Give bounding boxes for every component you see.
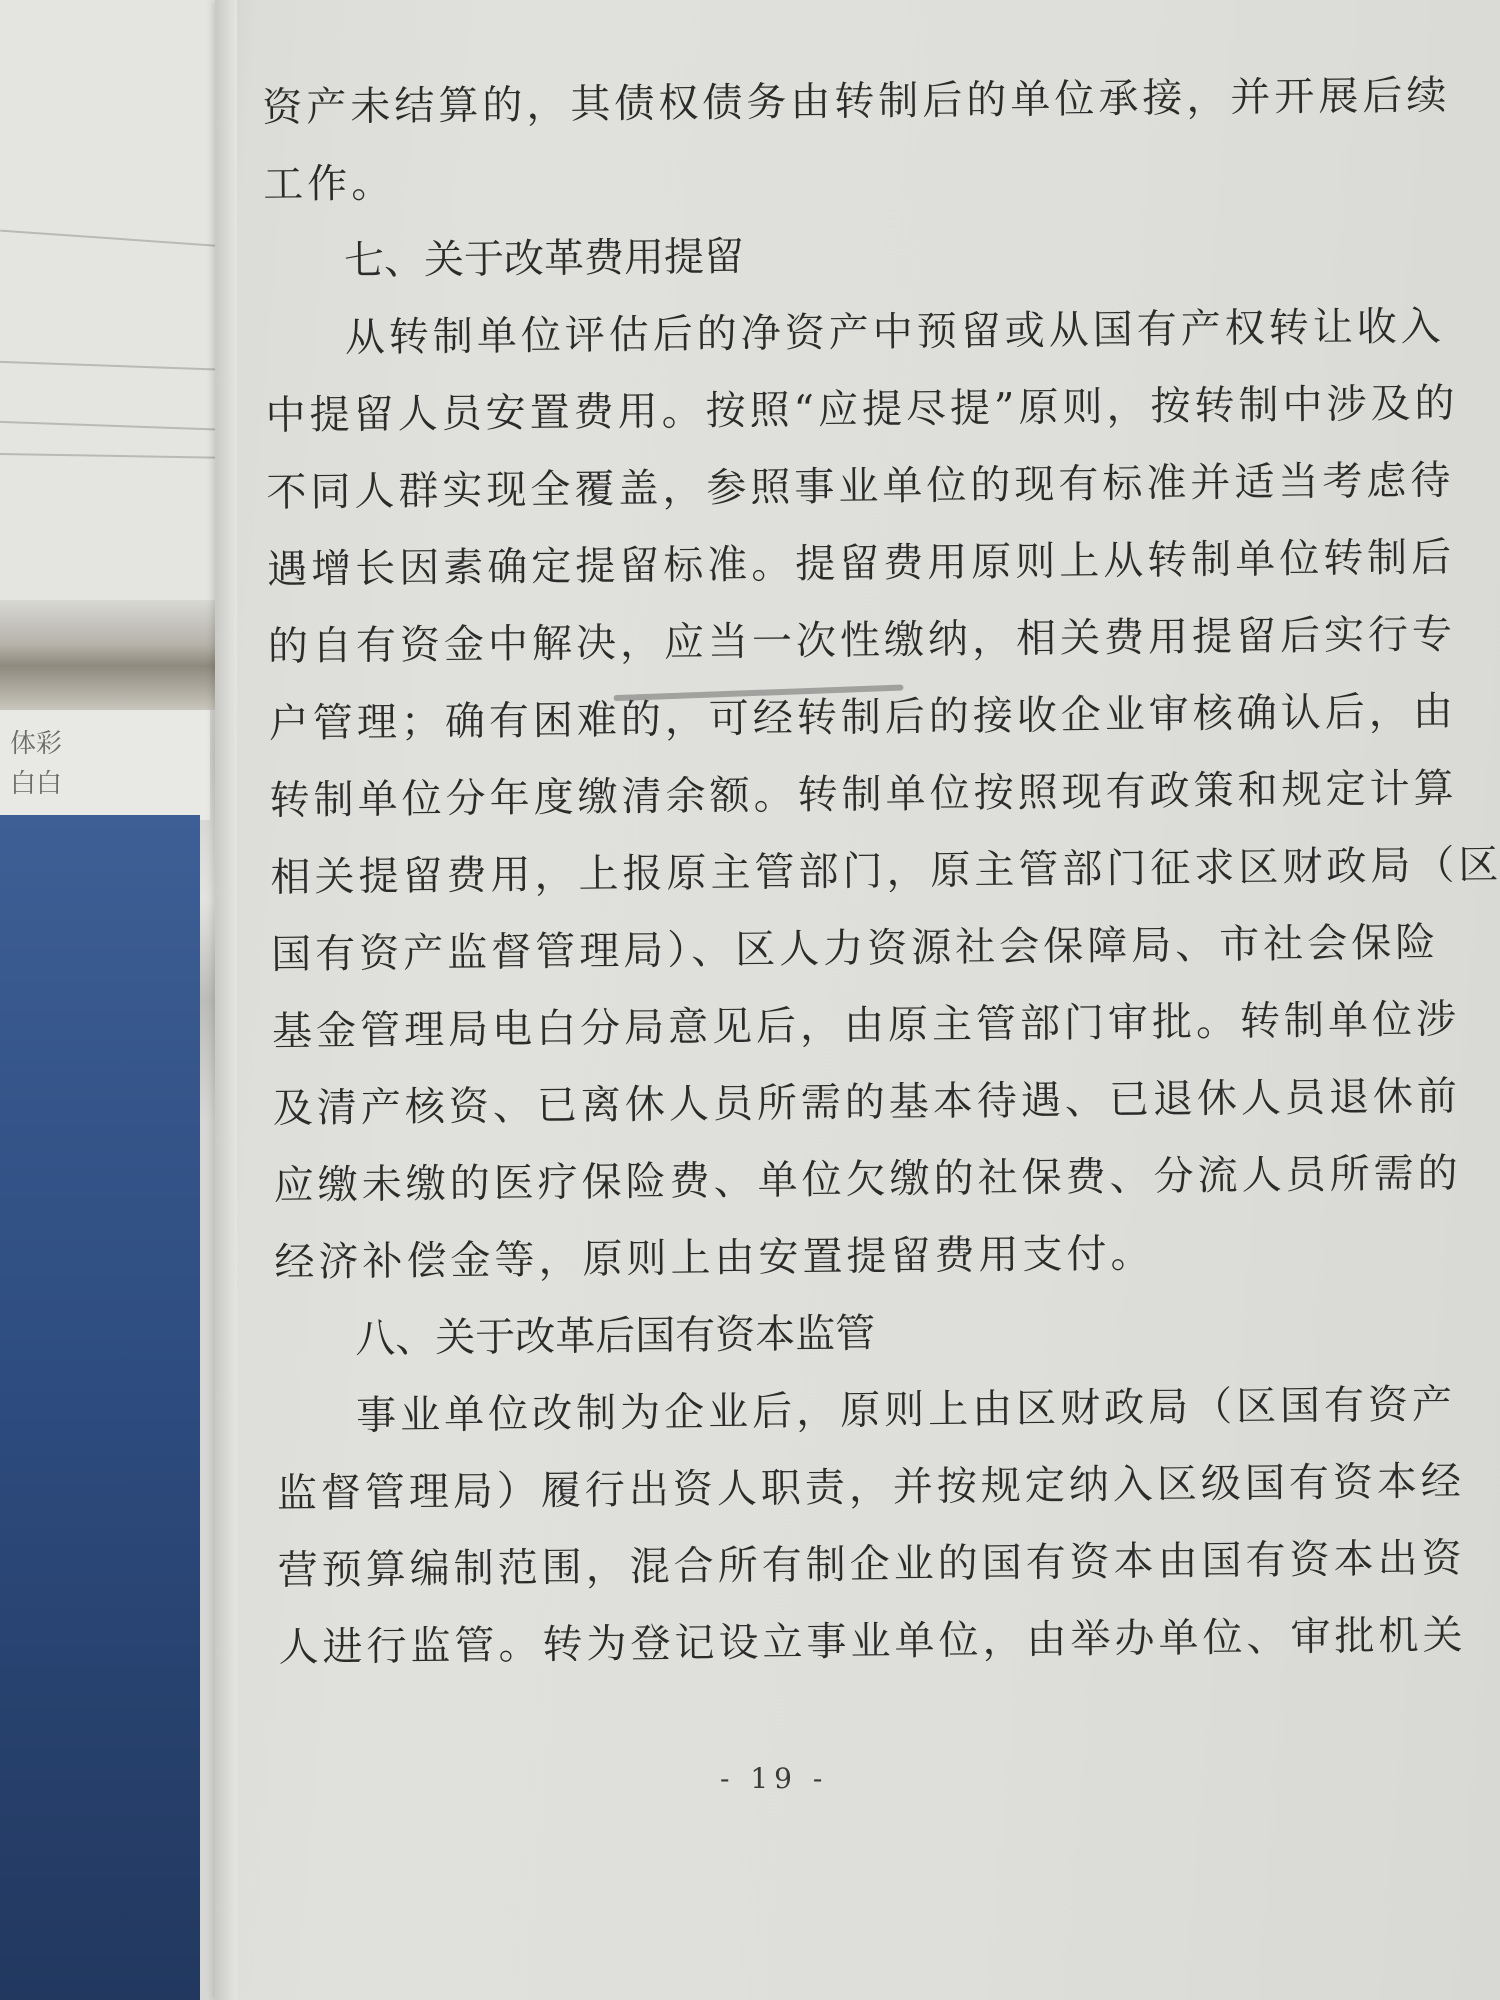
paragraph-line: 遇增长因素确定提留标准。提留费用原则上从转制单位转制后 bbox=[267, 521, 1358, 609]
paragraph-line: 基金管理局电白分局意见后，由原主管部门审批。转制单位涉 bbox=[272, 983, 1363, 1071]
background-paper-stack bbox=[0, 0, 235, 640]
paragraph-line: 转制单位分年度缴清余额。转制单位按照现有政策和规定计算 bbox=[269, 752, 1360, 840]
background-label: 体彩 白白 bbox=[0, 710, 210, 820]
paragraph-line: 人进行监管。转为登记设立事业单位，由举办单位、审批机关 bbox=[278, 1599, 1369, 1687]
paragraph-line: 工作。 bbox=[263, 136, 1354, 224]
paragraph-line: 及清产核资、已离休人员所需的基本待遇、已退休人员退休前 bbox=[272, 1060, 1363, 1148]
paragraph-line: 从转制单位评估后的净资产中预留或从国有产权转让收入 bbox=[264, 290, 1355, 378]
paragraph-line: 相关提留费用，上报原主管部门，原主管部门征求区财政局（区 bbox=[270, 829, 1361, 917]
background-label-text: 体彩 bbox=[10, 724, 210, 764]
paragraph-line: 经济补偿金等，原则上由安置提留费用支付。 bbox=[274, 1214, 1365, 1302]
background-blue-object bbox=[0, 815, 200, 2000]
paragraph-line: 事业单位改制为企业后，原则上由区财政局（区国有资产 bbox=[276, 1368, 1367, 1456]
paragraph-line: 营预算编制范围，混合所有制企业的国有资本由国有资本出资 bbox=[277, 1522, 1368, 1610]
background-metal-object bbox=[0, 600, 215, 710]
section-heading: 七、关于改革费用提留 bbox=[264, 213, 1355, 301]
paragraph-line: 中提留人员安置费用。按照“应提尽提”原则，按转制中涉及的 bbox=[265, 367, 1356, 455]
paragraph-line: 不同人群实现全覆盖，参照事业单位的现有标准并适当考虑待 bbox=[266, 444, 1357, 532]
paragraph-line: 的自有资金中解决，应当一次性缴纳，相关费用提留后实行专 bbox=[268, 598, 1359, 686]
page-edge-shadow bbox=[215, 0, 237, 2000]
paragraph-line: 监督管理局）履行出资人职责，并按规定纳入区级国有资本经 bbox=[277, 1445, 1368, 1533]
section-heading: 八、关于改革后国有资本监管 bbox=[275, 1291, 1366, 1379]
document-body: 资产未结算的，其债权债务由转制后的单位承接，并开展后续工作。七、关于改革费用提留… bbox=[262, 59, 1369, 1687]
paragraph-line: 国有资产监督管理局）、区人力资源社会保障局、市社会保险 bbox=[271, 906, 1362, 994]
page-number: - 19 - bbox=[720, 1762, 828, 1795]
paragraph-line: 资产未结算的，其债权债务由转制后的单位承接，并开展后续 bbox=[262, 59, 1353, 147]
background-label-text-2: 白白 bbox=[10, 764, 210, 804]
paragraph-line: 应缴未缴的医疗保险费、单位欠缴的社保费、分流人员所需的 bbox=[273, 1137, 1364, 1225]
